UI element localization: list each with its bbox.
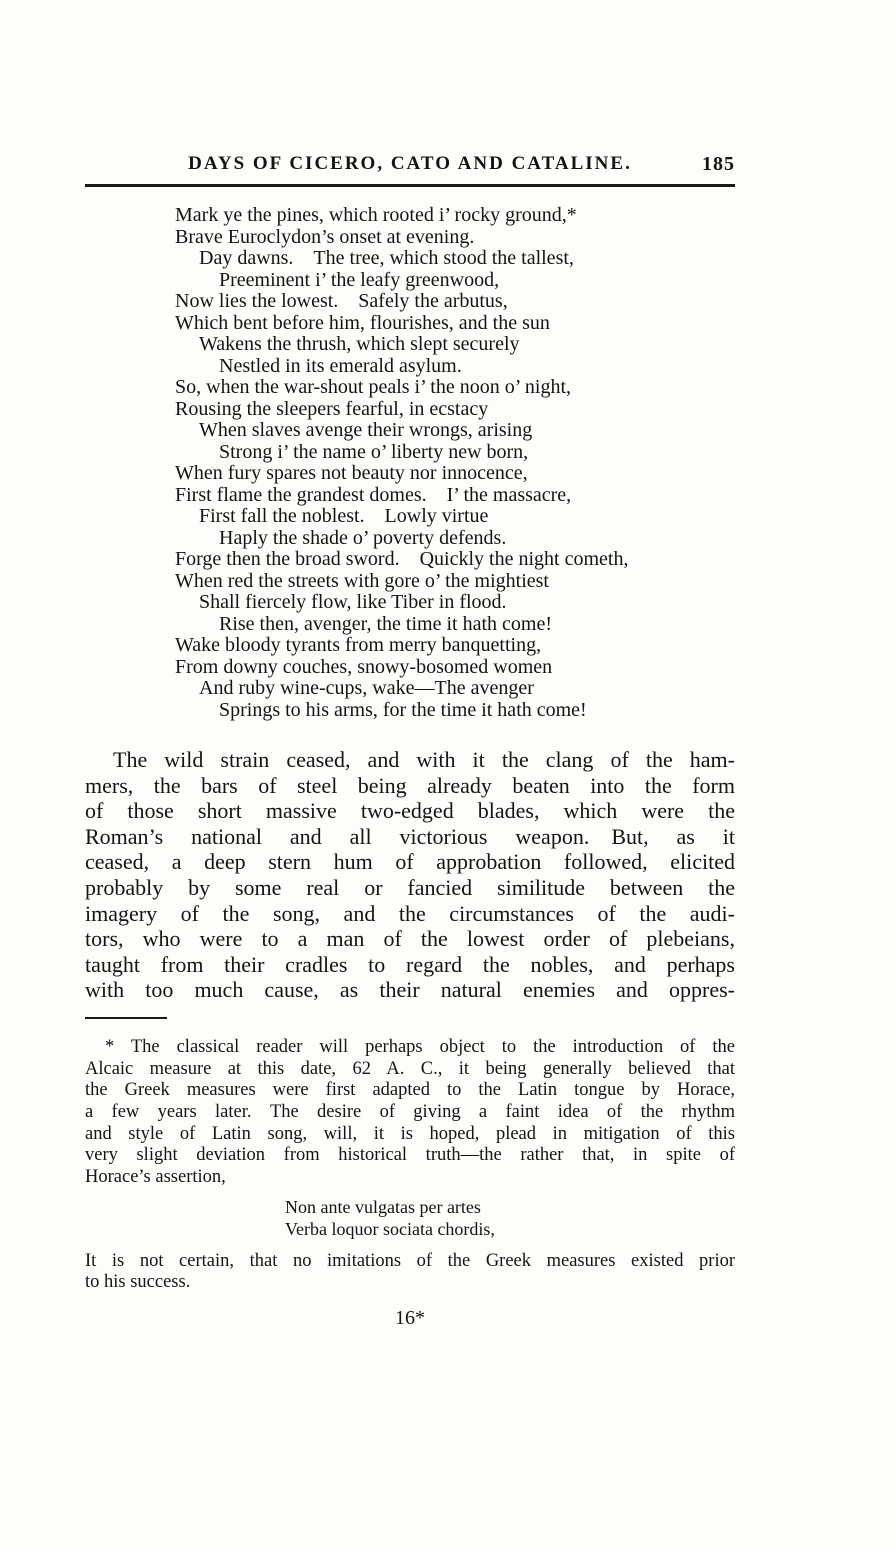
- poem-line: When slaves avenge their wrongs, arising: [199, 420, 735, 442]
- page-title: DAYS OF CICERO, CATO AND CATALINE.: [85, 152, 735, 176]
- paragraph-line: with too much cause, as their natural en…: [85, 977, 735, 1003]
- poem-line: Day dawns. The tree, which stood the tal…: [199, 248, 735, 270]
- poem-line: Which bent before him, flourishes, and t…: [175, 313, 735, 335]
- poem-line: Now lies the lowest. Safely the arbutus,: [175, 291, 735, 313]
- poem-line: When fury spares not beauty nor innocenc…: [175, 463, 735, 485]
- poem-line: Shall fiercely flow, like Tiber in flood…: [199, 592, 735, 614]
- poem-line: First fall the noblest. Lowly virtue: [199, 506, 735, 528]
- footnote-line: very slight deviation from historical tr…: [85, 1145, 735, 1167]
- paragraph-line: tors, who were to a man of the lowest or…: [85, 926, 735, 952]
- footnote-line: a few years later. The desire of giving …: [85, 1102, 735, 1124]
- paragraph-line: Roman’s national and all victorious weap…: [85, 824, 735, 850]
- poem-line: And ruby wine-cups, wake—The avenger: [199, 678, 735, 700]
- footnote-line: Horace’s assertion,: [85, 1167, 735, 1189]
- poem-line: Preeminent i’ the leafy greenwood,: [219, 270, 735, 292]
- poem: Mark ye the pines, which rooted i’ rocky…: [175, 205, 735, 721]
- poem-line: Springs to his arms, for the time it hat…: [219, 700, 735, 722]
- paragraph-line: The wild strain ceased, and with it the …: [85, 747, 735, 773]
- body-paragraph: The wild strain ceased, and with it the …: [85, 747, 735, 1003]
- verse-line: Verba loquor sociata chordis,: [285, 1219, 735, 1241]
- paragraph-line: taught from their cradles to regard the …: [85, 952, 735, 978]
- page-number: 185: [702, 152, 735, 176]
- poem-line: Wakens the thrush, which slept securely: [199, 334, 735, 356]
- text-block: DAYS OF CICERO, CATO AND CATALINE. 185 M…: [85, 152, 735, 1330]
- closing-line: to his success.: [85, 1272, 735, 1294]
- footnote-line: Alcaic measure at this date, 62 A. C., i…: [85, 1059, 735, 1081]
- paragraph-line: of those short massive two-edged blades,…: [85, 798, 735, 824]
- verse-line: Non ante vulgatas per artes: [285, 1197, 735, 1219]
- closing-line: It is not certain, that no imitations of…: [85, 1251, 735, 1273]
- poem-line: When red the streets with gore o’ the mi…: [175, 571, 735, 593]
- paragraph-line: ceased, a deep stern hum of approbation …: [85, 849, 735, 875]
- poem-line: Brave Euroclydon’s onset at evening.: [175, 227, 735, 249]
- running-header: DAYS OF CICERO, CATO AND CATALINE. 185: [85, 152, 735, 176]
- header-rule: [85, 184, 735, 187]
- printers-signature: 16*: [85, 1307, 735, 1330]
- footnote-separator-rule: [85, 1017, 167, 1019]
- poem-line: Mark ye the pines, which rooted i’ rocky…: [175, 205, 735, 227]
- book-page: DAYS OF CICERO, CATO AND CATALINE. 185 M…: [0, 0, 896, 1550]
- paragraph-line: probably by some real or fancied similit…: [85, 875, 735, 901]
- footnote-line: * The classical reader will perhaps obje…: [85, 1037, 735, 1059]
- poem-line: Haply the shade o’ poverty defends.: [219, 528, 735, 550]
- poem-line: So, when the war-shout peals i’ the noon…: [175, 377, 735, 399]
- poem-line: Nestled in its emerald asylum.: [219, 356, 735, 378]
- latin-verse: Non ante vulgatas per artes Verba loquor…: [285, 1197, 735, 1240]
- footnote-closing: It is not certain, that no imitations of…: [85, 1251, 735, 1294]
- poem-line: Rousing the sleepers fearful, in ecstacy: [175, 399, 735, 421]
- poem-line: Rise then, avenger, the time it hath com…: [219, 614, 735, 636]
- paragraph-line: imagery of the song, and the circumstanc…: [85, 901, 735, 927]
- footnote-line: and style of Latin song, will, it is hop…: [85, 1124, 735, 1146]
- poem-line: Strong i’ the name o’ liberty new born,: [219, 442, 735, 464]
- paragraph-line: mers, the bars of steel being already be…: [85, 773, 735, 799]
- poem-line: Forge then the broad sword. Quickly the …: [175, 549, 735, 571]
- poem-line: Wake bloody tyrants from merry banquetti…: [175, 635, 735, 657]
- footnote-line: the Greek measures were first adapted to…: [85, 1080, 735, 1102]
- footnote: * The classical reader will perhaps obje…: [85, 1037, 735, 1189]
- poem-line: From downy couches, snowy-bosomed women: [175, 657, 735, 679]
- poem-line: First flame the grandest domes. I’ the m…: [175, 485, 735, 507]
